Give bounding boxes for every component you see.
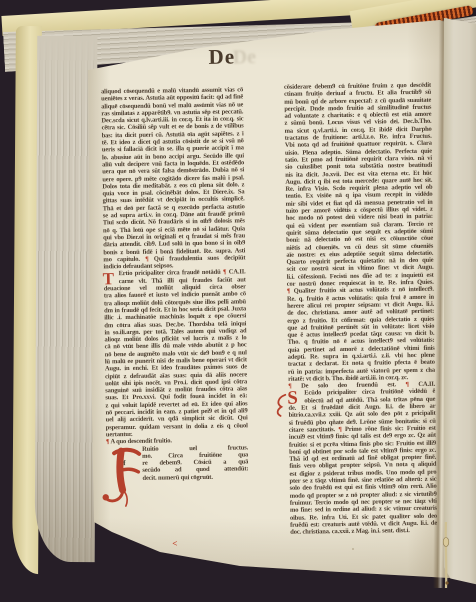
text-column-right: cōsiderare debem9 cū fruitōne fruim z qu… [284, 82, 437, 536]
paragraph-chapter-2: T Ertio pricipaliter circa fraudē notādū… [104, 269, 248, 439]
lombard-initial-T: T [103, 272, 115, 287]
paragraph-fruitio: f Ruitio uel fructus.mo. Circa fruitiōne… [106, 444, 249, 486]
initial-flourish [273, 392, 287, 418]
running-header: De [208, 44, 235, 69]
running-header-ghost: De [232, 46, 256, 69]
text-column-left: aliquod cōsequendū e malū vitandū assumi… [101, 86, 249, 485]
paragraph: aliquod cōsequendū e malū vitandū assumi… [101, 86, 246, 270]
foxing-speck [402, 150, 404, 151]
lombard-initial-F [100, 445, 143, 512]
margin-guide-mark: < [172, 538, 177, 548]
foxing-speck [318, 96, 320, 98]
foxing-speck [352, 548, 354, 550]
printed-text-layer: De De aliquod cōsequendū e malū vitandū … [80, 13, 464, 588]
guide-letter: f [123, 459, 125, 467]
photo-background: De De aliquod cōsequendū e malū vitandū … [0, 0, 476, 602]
paragraph: cōsiderare debem9 cū fruitōne fruim z qu… [284, 82, 435, 383]
text-line: doc. christiana. ca.xxii. z Mag. in.i. s… [290, 527, 437, 536]
lombard-initial-S: S [287, 391, 298, 407]
paragraph-text: Ertio pricipaliter circa fraudē notādū ¶… [104, 269, 248, 439]
paragraph-chapter-2: S Ecūdo pricipaliter circa fruitiōnē vid… [288, 388, 437, 536]
paragraph-text: Ecūdo pricipaliter circa fruitiōnē vidēd… [288, 388, 437, 536]
